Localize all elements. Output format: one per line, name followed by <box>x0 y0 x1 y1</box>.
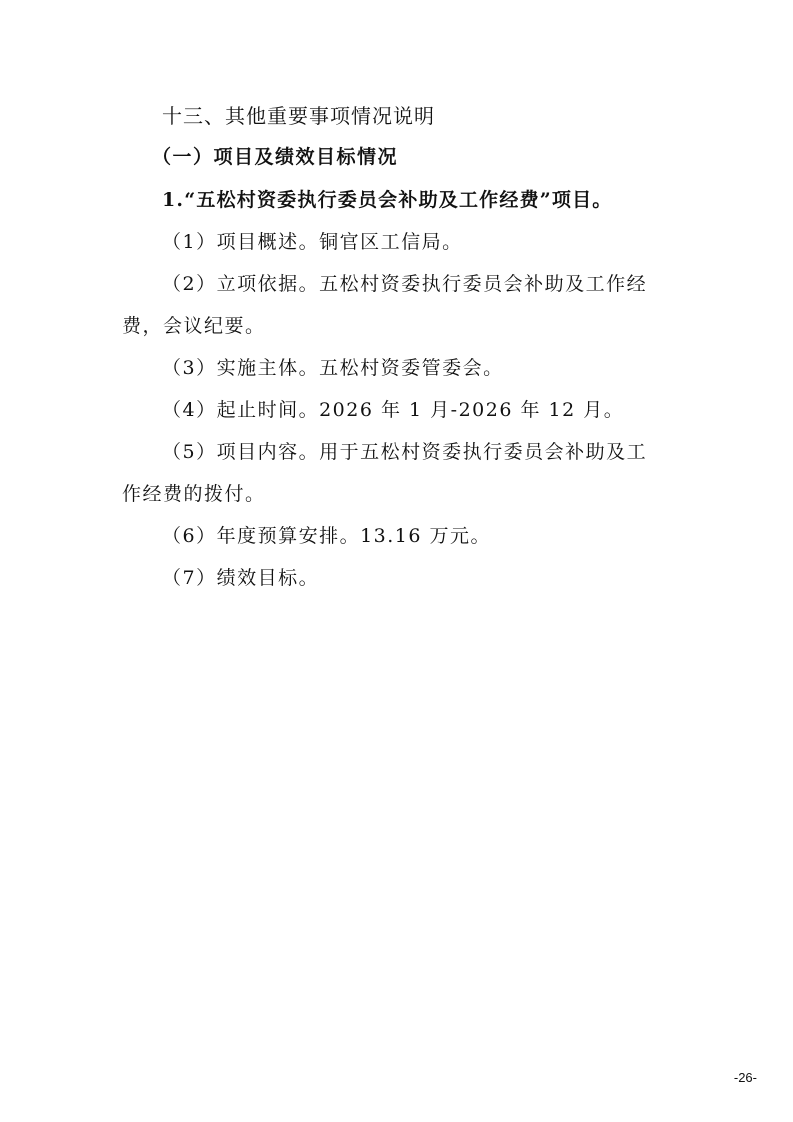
paragraph-period: （4）起止时间。2026 年 1 月-2026 年 12 月。 <box>162 398 624 422</box>
paragraph-budget: （6）年度预算安排。13.16 万元。 <box>162 524 491 548</box>
paragraph-performance-goal: （7）绩效目标。 <box>162 566 319 590</box>
subsection-title: （一）项目及绩效目标情况 <box>152 145 398 169</box>
paragraph-overview: （1）项目概述。铜官区工信局。 <box>162 230 463 254</box>
paragraph-implementer: （3）实施主体。五松村资委管委会。 <box>162 356 504 380</box>
paragraph-content-continued: 作经费的拨付。 <box>122 482 266 506</box>
section-title: 十三、其他重要事项情况说明 <box>162 104 435 128</box>
page-number: -26- <box>734 1070 757 1085</box>
paragraph-content: （5）项目内容。用于五松村资委执行委员会补助及工 <box>162 440 647 464</box>
paragraph-basis-continued: 费，会议纪要。 <box>122 314 266 338</box>
item-title: 1.“五松村资委执行委员会补助及工作经费”项目。 <box>162 188 613 212</box>
paragraph-basis: （2）立项依据。五松村资委执行委员会补助及工作经 <box>162 272 647 296</box>
